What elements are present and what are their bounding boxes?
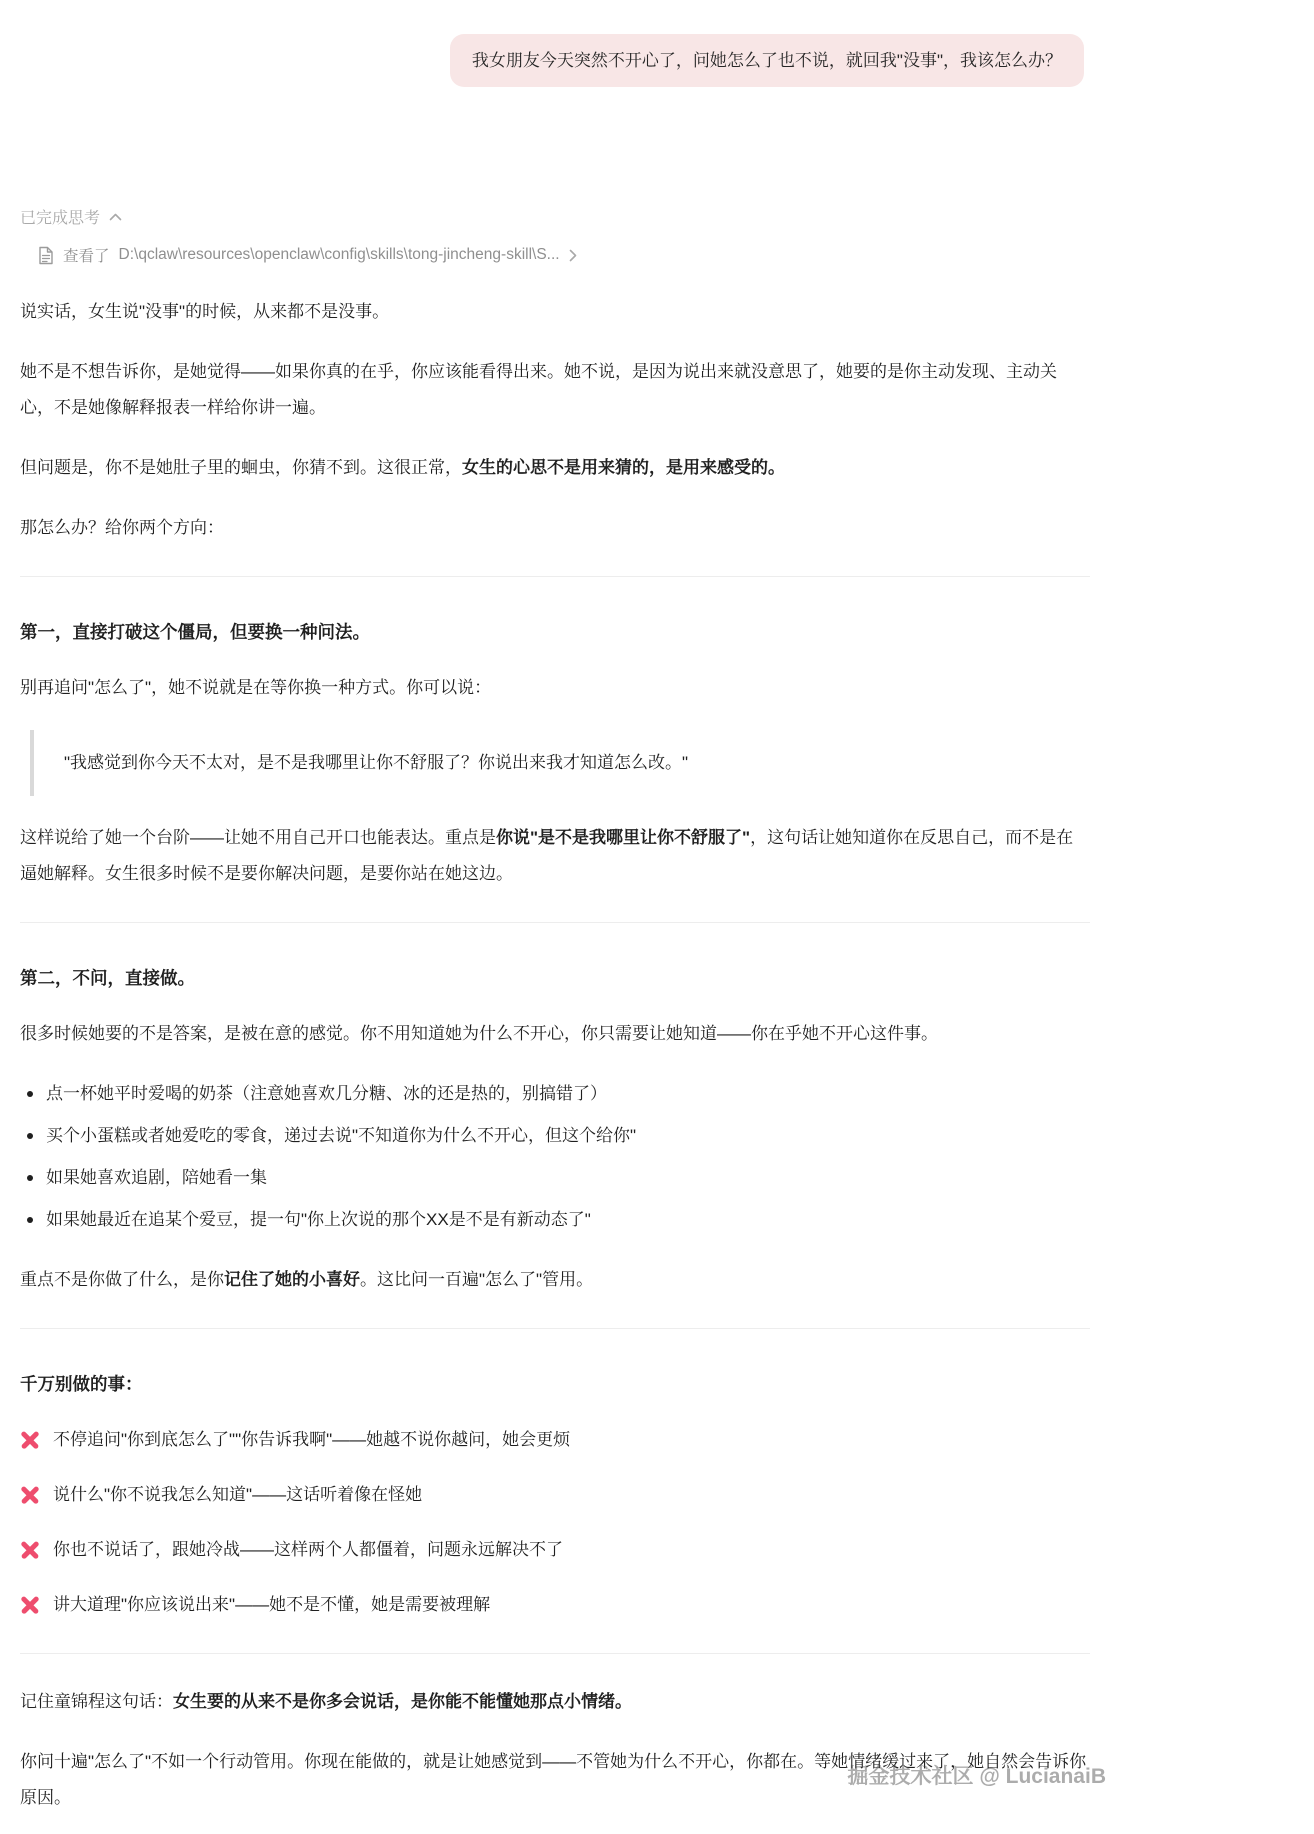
paragraph: 很多时候她要的不是答案，是被在意的感觉。你不用知道她为什么不开心，你只需要让她知… xyxy=(20,1016,1090,1052)
divider xyxy=(20,1653,1090,1654)
assistant-answer: 说实话，女生说"没事"的时候，从来都不是没事。 她不是不想告诉你，是她觉得——如… xyxy=(20,294,1090,1816)
bullet-dot xyxy=(27,1133,33,1139)
cross-icon xyxy=(20,1485,40,1505)
paragraph: 但问题是，你不是她肚子里的蛔虫，你猜不到。这很正常，女生的心思不是用来猜的，是用… xyxy=(20,450,1090,486)
list-item-text: 点一杯她平时爱喝的奶茶（注意她喜欢几分糖、冰的还是热的，别搞错了） xyxy=(46,1076,607,1112)
divider xyxy=(20,922,1090,923)
section-heading-first: 第一，直接打破这个僵局，但要换一种问法。 xyxy=(20,619,1090,644)
section-heading-second: 第二，不问，直接做。 xyxy=(20,965,1090,990)
thinking-label: 已完成思考 xyxy=(20,205,100,228)
dont-item: 不停追问"你到底怎么了""你告诉我啊"——她越不说你越问，她会更烦 xyxy=(20,1422,1090,1458)
suggestion-list: 点一杯她平时爱喝的奶茶（注意她喜欢几分糖、冰的还是热的，别搞错了） 买个小蛋糕或… xyxy=(20,1076,1090,1238)
dont-item: 讲大道理"你应该说出来"——她不是不懂，她是需要被理解 xyxy=(20,1587,1090,1623)
list-item-text: 买个小蛋糕或者她爱吃的零食，递过去说"不知道你为什么不开心，但这个给你" xyxy=(46,1118,636,1154)
dont-item-text: 不停追问"你到底怎么了""你告诉我啊"——她越不说你越问，她会更烦 xyxy=(53,1422,570,1458)
list-item: 买个小蛋糕或者她爱吃的零食，递过去说"不知道你为什么不开心，但这个给你" xyxy=(20,1118,1090,1154)
cross-icon xyxy=(20,1540,40,1560)
tool-call-path: D:\qclaw\resources\openclaw\config\skill… xyxy=(119,246,560,264)
chat-content: 我女朋友今天突然不开心了，问她怎么了也不说，就回我"没事"，我该怎么办？ 已完成… xyxy=(20,0,1090,1816)
bullet-dot xyxy=(27,1217,33,1223)
dont-item-text: 你也不说话了，跟她冷战——这样两个人都僵着，问题永远解决不了 xyxy=(53,1532,563,1568)
paragraph: 别再追问"怎么了"，她不说就是在等你换一种方式。你可以说： xyxy=(20,670,1090,706)
bullet-dot xyxy=(27,1175,33,1181)
quote-text: "我感觉到你今天不太对，是不是我哪里让你不舒服了？你说出来我才知道怎么改。" xyxy=(64,745,1090,781)
dont-item: 你也不说话了，跟她冷战——这样两个人都僵着，问题永远解决不了 xyxy=(20,1532,1090,1568)
bold-run: 记住了她的小喜好 xyxy=(224,1270,360,1289)
list-item: 如果她喜欢追剧，陪她看一集 xyxy=(20,1160,1090,1196)
paragraph: 说实话，女生说"没事"的时候，从来都不是没事。 xyxy=(20,294,1090,330)
cross-icon xyxy=(20,1430,40,1450)
text-run: 。这比问一百遍"怎么了"管用。 xyxy=(360,1270,593,1289)
bold-run: 女生要的从来不是你多会说话，是你能不能懂她那点小情绪。 xyxy=(173,1692,632,1711)
paragraph: 记住童锦程这句话：女生要的从来不是你多会说话，是你能不能懂她那点小情绪。 xyxy=(20,1684,1090,1720)
text-run: 这样说给了她一个台阶——让她不用自己开口也能表达。重点是 xyxy=(20,828,496,847)
user-message-bubble: 我女朋友今天突然不开心了，问她怎么了也不说，就回我"没事"，我该怎么办？ xyxy=(450,34,1084,87)
text-run: 记住童锦程这句话： xyxy=(20,1692,173,1711)
paragraph: 她不是不想告诉你，是她觉得——如果你真的在乎，你应该能看得出来。她不说，是因为说… xyxy=(20,354,1090,426)
section-heading-dont: 千万别做的事： xyxy=(20,1371,1090,1396)
user-message-text: 我女朋友今天突然不开心了，问她怎么了也不说，就回我"没事"，我该怎么办？ xyxy=(472,51,1062,70)
list-item: 如果她最近在追某个爱豆，提一句"你上次说的那个XX是不是有新动态了" xyxy=(20,1202,1090,1238)
quote-block: "我感觉到你今天不太对，是不是我哪里让你不舒服了？你说出来我才知道怎么改。" xyxy=(30,730,1090,796)
paragraph: 重点不是你做了什么，是你记住了她的小喜好。这比问一百遍"怎么了"管用。 xyxy=(20,1262,1090,1298)
text-run: 重点不是你做了什么，是你 xyxy=(20,1270,224,1289)
paragraph: 你问十遍"怎么了"不如一个行动管用。你现在能做的，就是让她感觉到——不管她为什么… xyxy=(20,1744,1090,1816)
document-icon xyxy=(38,246,54,265)
tool-call-action: 查看了 xyxy=(63,244,110,266)
dont-item: 说什么"你不说我怎么知道"——这话听着像在怪她 xyxy=(20,1477,1090,1513)
chevron-up-icon xyxy=(109,213,122,221)
thinking-toggle[interactable]: 已完成思考 xyxy=(20,205,122,228)
cross-icon xyxy=(20,1595,40,1615)
paragraph: 那怎么办？给你两个方向： xyxy=(20,510,1090,546)
tool-call-row[interactable]: 查看了 D:\qclaw\resources\openclaw\config\s… xyxy=(38,244,577,266)
list-item-text: 如果她最近在追某个爱豆，提一句"你上次说的那个XX是不是有新动态了" xyxy=(46,1202,591,1238)
chevron-right-icon xyxy=(569,249,577,262)
divider xyxy=(20,1328,1090,1329)
bold-run: 你说"是不是我哪里让你不舒服了" xyxy=(496,828,750,847)
paragraph: 这样说给了她一个台阶——让她不用自己开口也能表达。重点是你说"是不是我哪里让你不… xyxy=(20,820,1090,892)
dont-item-text: 说什么"你不说我怎么知道"——这话听着像在怪她 xyxy=(53,1477,422,1513)
dont-item-text: 讲大道理"你应该说出来"——她不是不懂，她是需要被理解 xyxy=(53,1587,490,1623)
list-item: 点一杯她平时爱喝的奶茶（注意她喜欢几分糖、冰的还是热的，别搞错了） xyxy=(20,1076,1090,1112)
bullet-dot xyxy=(27,1091,33,1097)
text-run: 但问题是，你不是她肚子里的蛔虫，你猜不到。这很正常， xyxy=(20,458,462,477)
list-item-text: 如果她喜欢追剧，陪她看一集 xyxy=(46,1160,267,1196)
divider xyxy=(20,576,1090,577)
user-message-row: 我女朋友今天突然不开心了，问她怎么了也不说，就回我"没事"，我该怎么办？ xyxy=(20,0,1090,87)
bold-run: 女生的心思不是用来猜的，是用来感受的。 xyxy=(462,458,785,477)
